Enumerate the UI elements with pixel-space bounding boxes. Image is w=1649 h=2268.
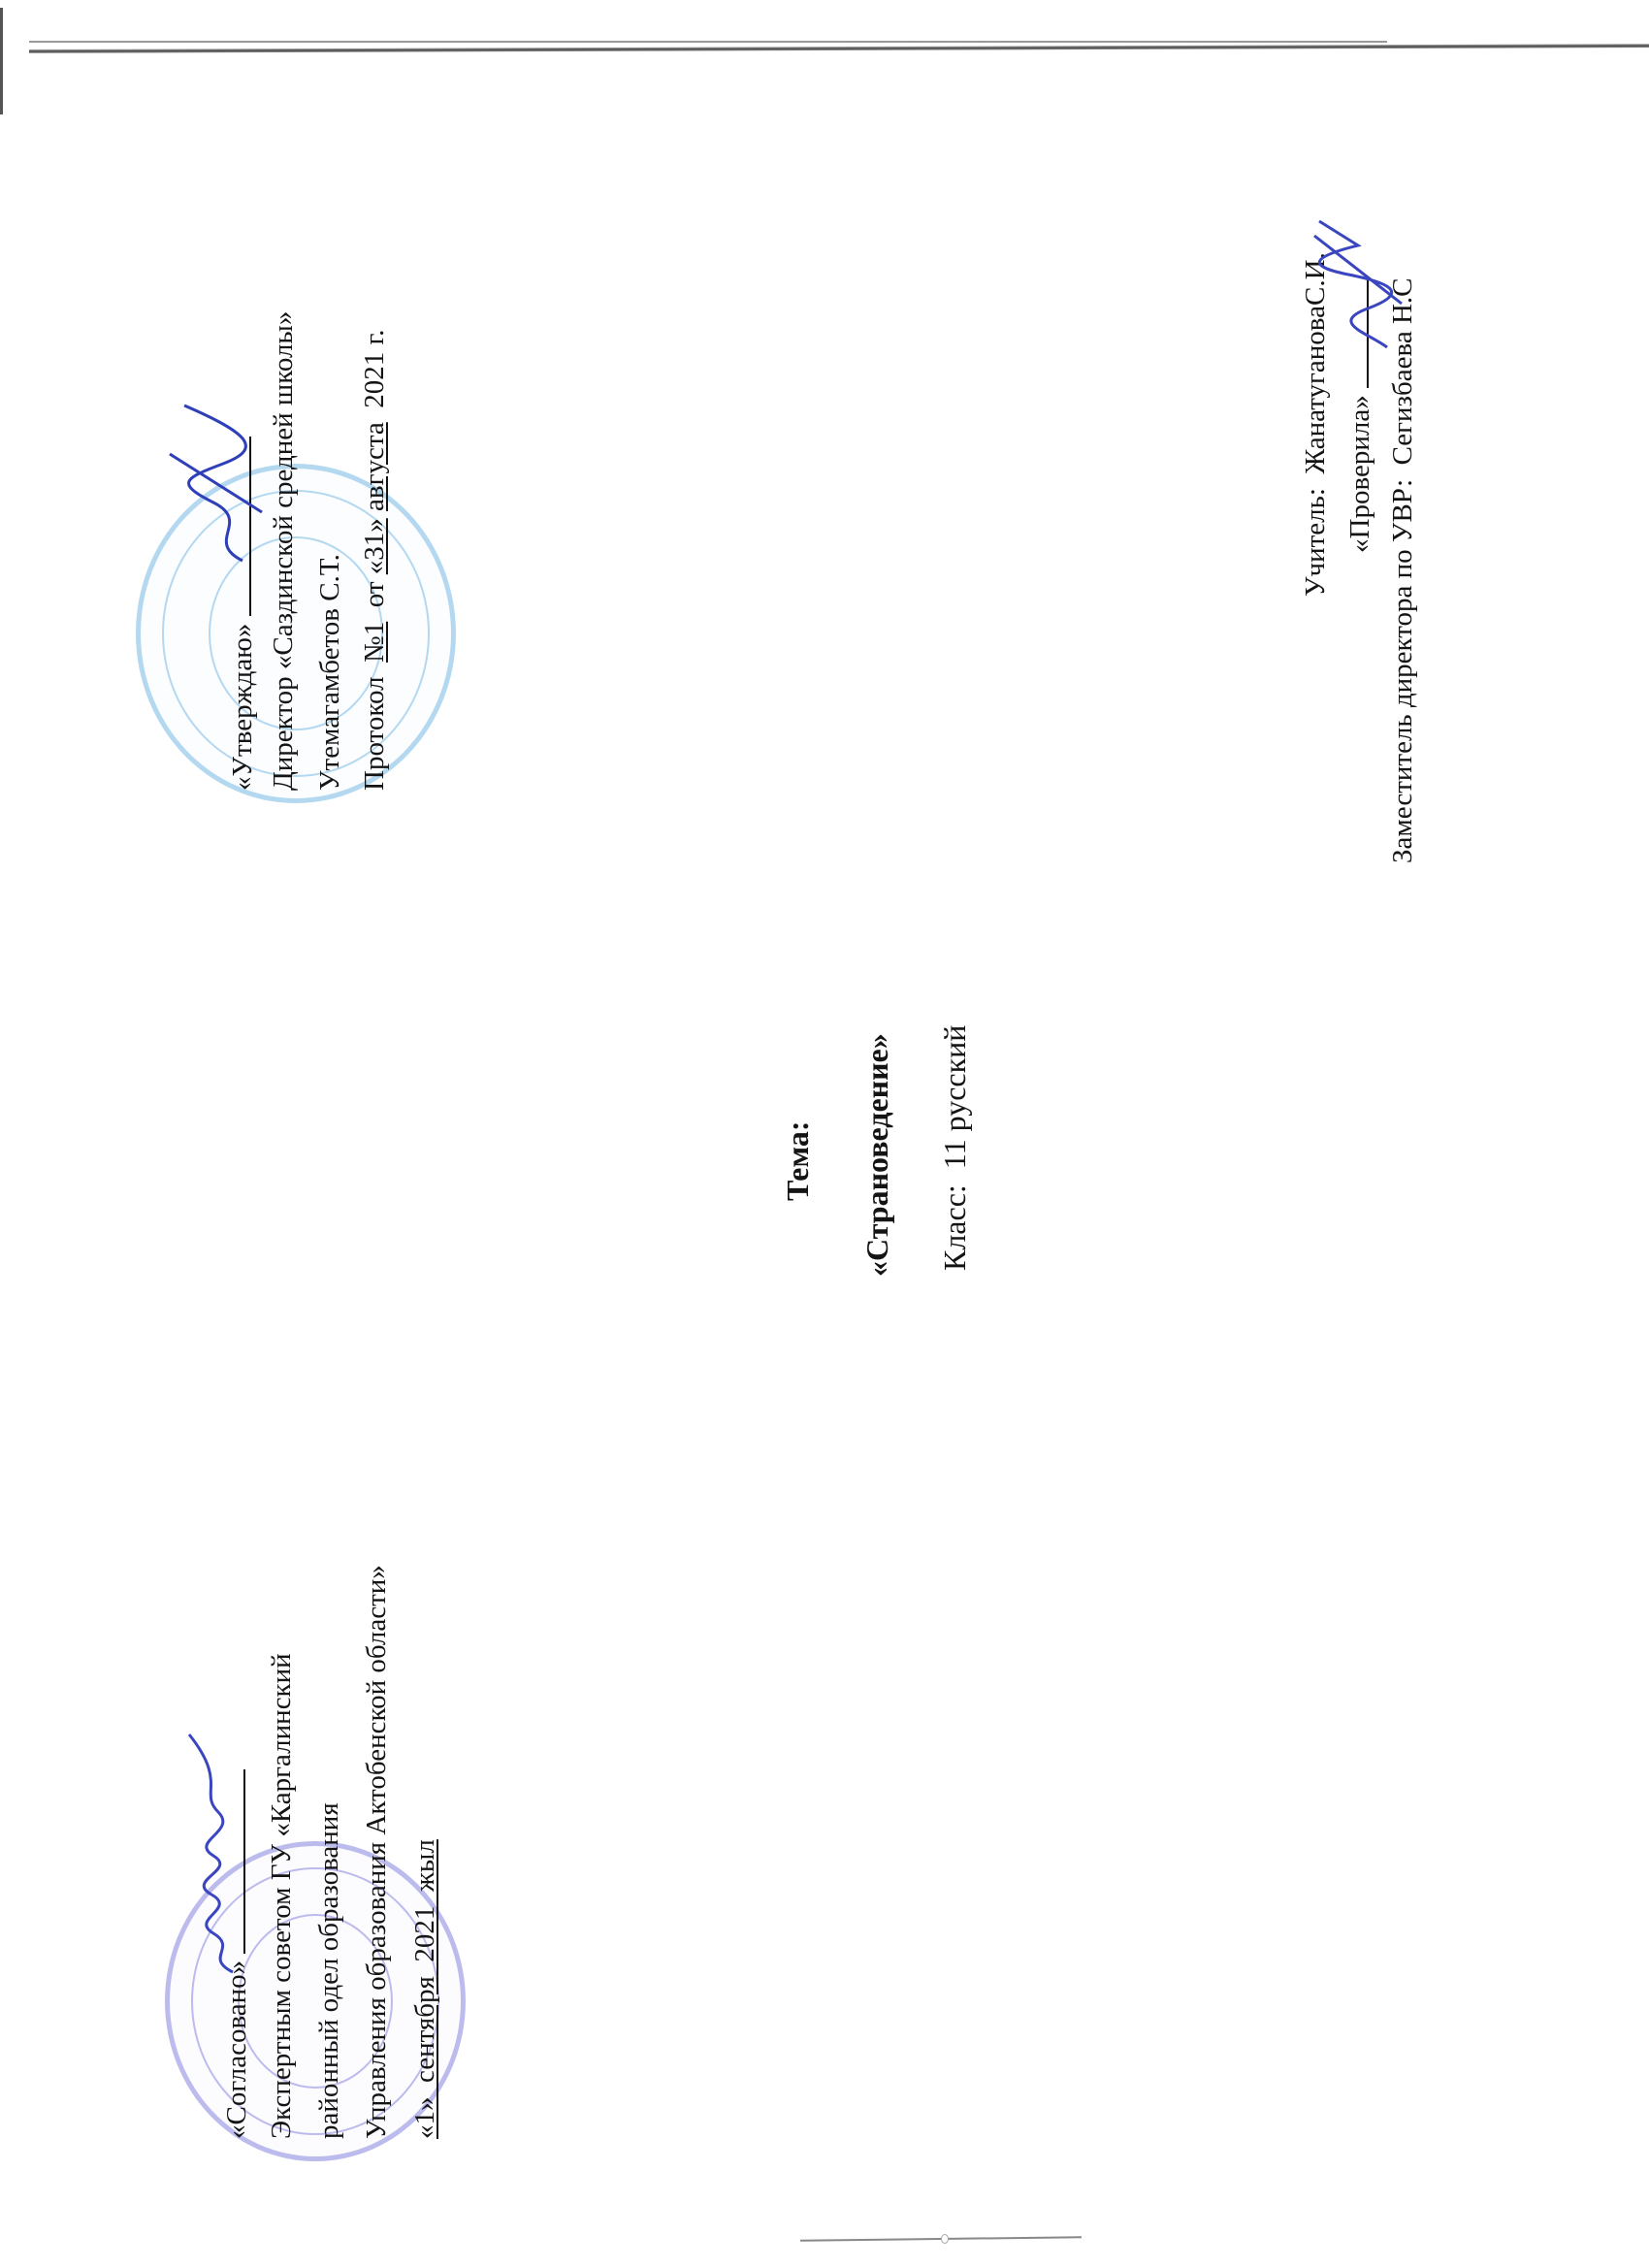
signature-confirm (165, 396, 272, 570)
confirm-label: «Утверждаю» (227, 624, 258, 791)
deputy-line: Заместитель директора по УВР: Сегизбаева… (1389, 278, 1417, 863)
approved-line-3: Управления образования Актобенской облас… (363, 1565, 391, 2139)
approved-line-2: районный одел образования (315, 1802, 343, 2139)
signature-approved (184, 1725, 252, 1977)
approved-label: «Согласовано» (221, 1960, 252, 2139)
confirm-line-2: Утемагамбетов С.Т. (316, 554, 344, 791)
theme-value: «Страноведение» (861, 1033, 892, 1277)
theme-label: Тема: (782, 1120, 813, 1201)
signature-deputy (1309, 216, 1406, 352)
confirm-protocol: Протокол №1 от «31» августа 2021 г. (361, 330, 389, 791)
approved-date: «1» сентября 2021 жыл (411, 1839, 439, 2139)
rotated-document-page: «Согласовано» Экспертным советом ГУ «Кар… (0, 0, 1649, 2268)
class-line: Класс: 11 русский (939, 1025, 970, 1271)
approved-line-1: Экспертным советом ГУ «Каргалинский (268, 1653, 296, 2139)
confirm-line-1: Директор «Саздинской средней школы» (270, 311, 298, 791)
